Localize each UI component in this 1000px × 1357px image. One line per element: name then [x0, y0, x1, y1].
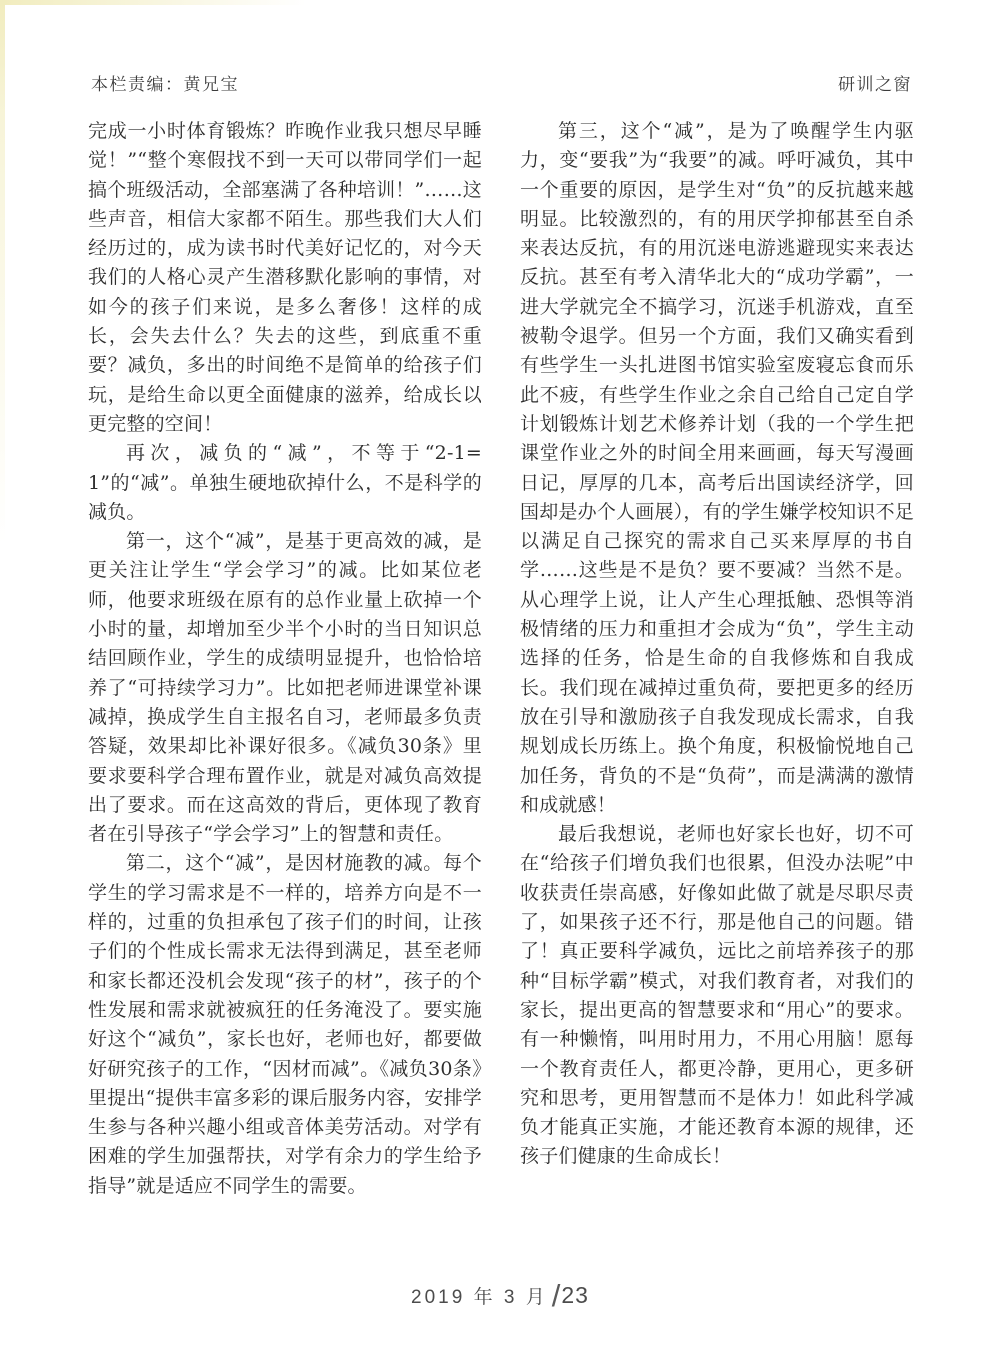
page-number: 23: [561, 1282, 589, 1308]
article-paragraph: 第二，这个“减”，是因材施教的减。每个学生的学习需求是不一样的，培养方向是不一样…: [88, 849, 482, 1201]
article-paragraph: 再次，减负的“减”，不等于“2-1=1”的“减”。单独生硬地砍掉什么，不是科学的…: [88, 439, 482, 527]
article-body: 完成一小时体育锻炼？昨晚作业我只想尽早睡觉！”“整个寒假找不到一天可以带同学们一…: [88, 117, 914, 1201]
article-column-left: 完成一小时体育锻炼？昨晚作业我只想尽早睡觉！”“整个寒假找不到一天可以带同学们一…: [88, 117, 482, 1201]
column-title: 研训之窗: [838, 70, 912, 95]
page-header: 本栏责编：黄兄宝 研训之窗: [91, 70, 912, 95]
scan-edge-tint-top: [0, 0, 340, 5]
footer-separator: /: [552, 1278, 561, 1314]
scan-edge-tint-left: [0, 0, 5, 640]
page-footer: 2019 年 3 月/23: [0, 1275, 1000, 1311]
issue-date: 2019 年 3 月: [411, 1287, 548, 1308]
article-paragraph: 完成一小时体育锻炼？昨晚作业我只想尽早睡觉！”“整个寒假找不到一天可以带同学们一…: [88, 117, 482, 439]
magazine-page: 本栏责编：黄兄宝 研训之窗 完成一小时体育锻炼？昨晚作业我只想尽早睡觉！”“整个…: [0, 0, 1000, 1357]
article-paragraph: 第一，这个“减”，是基于更高效的减，是更关注让学生“学会学习”的减。比如某位老师…: [88, 527, 482, 849]
article-column-right: 第三，这个“减”，是为了唤醒学生内驱力，变“要我”为“我要”的减。呼吁减负，其中…: [520, 117, 914, 1201]
article-paragraph: 第三，这个“减”，是为了唤醒学生内驱力，变“要我”为“我要”的减。呼吁减负，其中…: [520, 117, 914, 820]
column-editor-label: 本栏责编：黄兄宝: [91, 70, 239, 95]
article-paragraph: 最后我想说，老师也好家长也好，切不可在“给孩子们增负我们也很累，但没办法呢”中收…: [520, 820, 914, 1172]
